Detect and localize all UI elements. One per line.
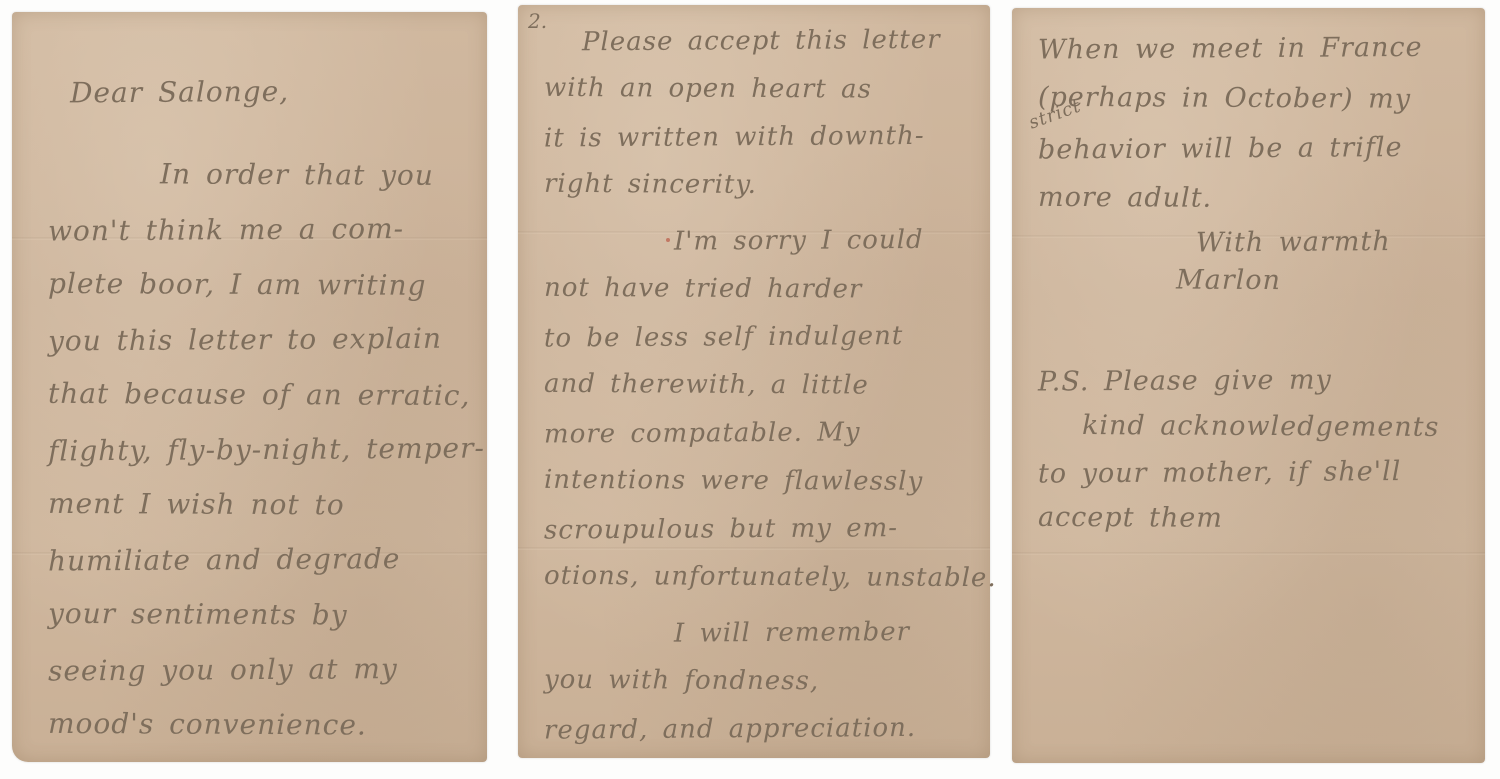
letter-line: behavior will be a trifle xyxy=(1038,122,1485,175)
letter-line: (perhaps in October) my xyxy=(1038,73,1485,125)
letter-line: otions, unfortunately, unstable. xyxy=(544,552,990,602)
fold-crease xyxy=(1012,552,1485,555)
signature: Marlon xyxy=(1038,261,1485,301)
letter-line: intentions were flawlessly xyxy=(544,456,990,506)
postscript-line: kind acknowledgements xyxy=(1038,403,1485,451)
letter-line: Please accept this letter xyxy=(544,15,990,66)
postscript-line: P.S. Please give my xyxy=(1038,356,1485,405)
page-1-text: Dear Salonge, In order that you won't th… xyxy=(12,12,487,752)
letter-line: I'm sorry I could xyxy=(544,215,990,266)
letter-line: plete boor, I am writing xyxy=(48,256,487,313)
letter-line: your sentiments by xyxy=(48,586,487,643)
closing-line: With warmth xyxy=(1038,222,1485,263)
letter-line: scroupulous but my em- xyxy=(544,503,990,554)
letter-line: and therewith, a little xyxy=(544,360,990,410)
page-3-text: When we meet in France (perhaps in Octob… xyxy=(1012,8,1485,542)
letter-line: When we meet in France xyxy=(1038,22,1485,75)
letter-line: regard, and appreciation. xyxy=(544,703,990,754)
letter-line: to be less self indulgent xyxy=(544,311,990,362)
page-2-text: Please accept this letter with an open h… xyxy=(518,5,990,753)
letter-line: right sincerity. xyxy=(544,160,990,210)
postscript-line: to your mother, if she'll xyxy=(1038,448,1485,497)
letter-line: that because of an erratic, xyxy=(48,366,487,423)
letter-line: you with fondness, xyxy=(544,656,990,706)
letter-line: more compatable. My xyxy=(544,407,990,458)
letter-line: mood's convenience. xyxy=(48,696,487,753)
letter-page-1: Dear Salonge, In order that you won't th… xyxy=(12,12,487,762)
letter-line: won't think me a com- xyxy=(48,200,487,258)
letter-photograph: Dear Salonge, In order that you won't th… xyxy=(0,0,1500,779)
letter-line: In order that you xyxy=(48,146,487,203)
letter-line: humiliate and degrade xyxy=(48,530,487,588)
letter-line: not have tried harder xyxy=(544,264,990,314)
salutation: Dear Salonge, xyxy=(48,62,487,120)
letter-line: you this letter to explain xyxy=(48,310,487,368)
letter-line: flighty, fly-by-night, temper- xyxy=(48,420,487,478)
letter-line: with an open heart as xyxy=(544,64,990,114)
letter-line: it is written with downth- xyxy=(544,111,990,162)
letter-page-3: strict When we meet in France (perhaps i… xyxy=(1012,8,1485,763)
letter-line: I will remember xyxy=(544,607,990,658)
letter-page-2: 2. Please accept this letter with an ope… xyxy=(518,5,990,758)
postscript-line: accept them xyxy=(1038,495,1485,543)
letter-line: ment I wish not to xyxy=(48,476,487,533)
letter-line: seeing you only at my xyxy=(48,640,487,698)
letter-line: more adult. xyxy=(1038,173,1485,225)
